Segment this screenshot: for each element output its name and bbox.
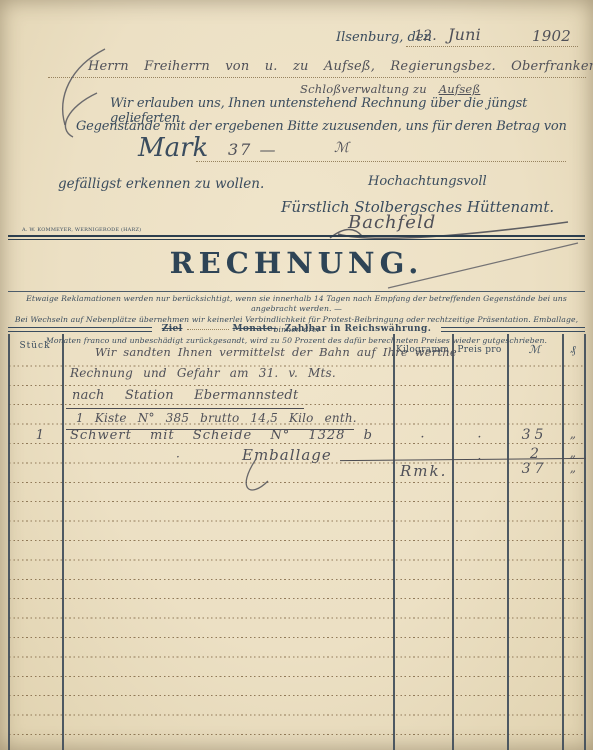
total-mark-value: 37: [507, 461, 562, 477]
table-border-right: [584, 334, 586, 750]
mark-label: Mark: [138, 133, 208, 163]
row1-stueck: 1: [28, 428, 52, 443]
recipient-baseline: [48, 77, 586, 78]
dateline-year: 1902: [532, 27, 571, 45]
col-header-mark: ℳ: [507, 343, 562, 356]
strip-rule-right: [441, 327, 585, 332]
terms-line-1: Etwaige Reklamationen werden nur berücks…: [10, 294, 583, 315]
col-header-pfennig: ₰: [562, 343, 584, 356]
row1-preis-ditto: ·: [452, 430, 507, 445]
table-rule-preis: [452, 334, 454, 750]
note-line-3: nach Station Ebermannstedt: [72, 388, 298, 403]
note-line-1: Wir sandten Ihnen vermittelst der Bahn a…: [95, 345, 457, 359]
recipient-line: Herrn Freiherrn von u. zu Aufseß, Regier…: [88, 59, 588, 74]
row1-kg-ditto: ·: [393, 430, 452, 445]
zahlbar-label: Zahlbar in Reichswährung.: [285, 324, 432, 334]
dateline-month: Juni: [448, 25, 481, 44]
table-rule-stueck: [62, 334, 64, 750]
closing-line: gefälligst erkennen zu wollen.: [58, 176, 264, 192]
total-label: Rmk.: [400, 462, 447, 480]
col-header-stueck: Stück: [8, 341, 62, 351]
note-line-4: 1 Kiste N° 385 brutto 14,5 Kilo enth.: [76, 411, 357, 425]
ziel-label: Ziel: [162, 324, 183, 334]
terms-paragraph: Etwaige Reklamationen werden nur berücks…: [10, 294, 583, 346]
total-pfennig-value: „: [562, 461, 584, 475]
emballage-flourish: [232, 455, 292, 500]
mark-baseline: [196, 161, 566, 162]
strip-rule-left: [8, 327, 152, 332]
note-underline-1: [66, 408, 304, 409]
row1-description: Schwert mit Scheide N° 1328 b: [70, 428, 373, 443]
dateline-baseline: [406, 46, 578, 47]
table-rule-kilogramm: [393, 334, 395, 750]
table-border-left: [8, 334, 10, 750]
ziel-leader: [187, 329, 229, 330]
note-line-2: Rechnung und Gefahr am 31. v. Mts.: [70, 366, 336, 380]
salute-line: Hochachtungsvoll: [368, 174, 487, 189]
printer-imprint: A. W. Kommeyer, Wernigerode (Harz): [22, 227, 141, 233]
table-rule-mark: [507, 334, 509, 750]
row2-ditto: ·: [176, 450, 180, 464]
monate-label: Monate.: [233, 324, 277, 334]
dateline-day: 12.: [414, 28, 437, 44]
insertion-note: Schloßverwaltung zu Aufseß: [300, 82, 480, 96]
insertion-text: Schloßverwaltung zu: [300, 82, 427, 96]
table-rule-pfennig: [562, 334, 564, 750]
mark-amount: 37 —: [228, 140, 277, 159]
pen-stroke: [380, 235, 585, 295]
row1-mark-value: 35: [507, 427, 562, 443]
payment-strip: Ziel Monate. Zahlbar in Reichswährung.: [8, 324, 585, 334]
insertion-place: Aufseß: [439, 82, 481, 96]
row1-pfennig-value: „: [562, 427, 584, 441]
body-line-2: Gegenstände mit der ergebenen Bitte zuzu…: [76, 119, 567, 134]
col-header-preis: Preis pro: [452, 345, 507, 355]
terms-rule: [8, 291, 585, 292]
mark-flourish: ℳ: [334, 140, 349, 156]
invoice-document: Ilsenburg, den 12. Juni 1902 Herrn Freih…: [0, 0, 593, 750]
